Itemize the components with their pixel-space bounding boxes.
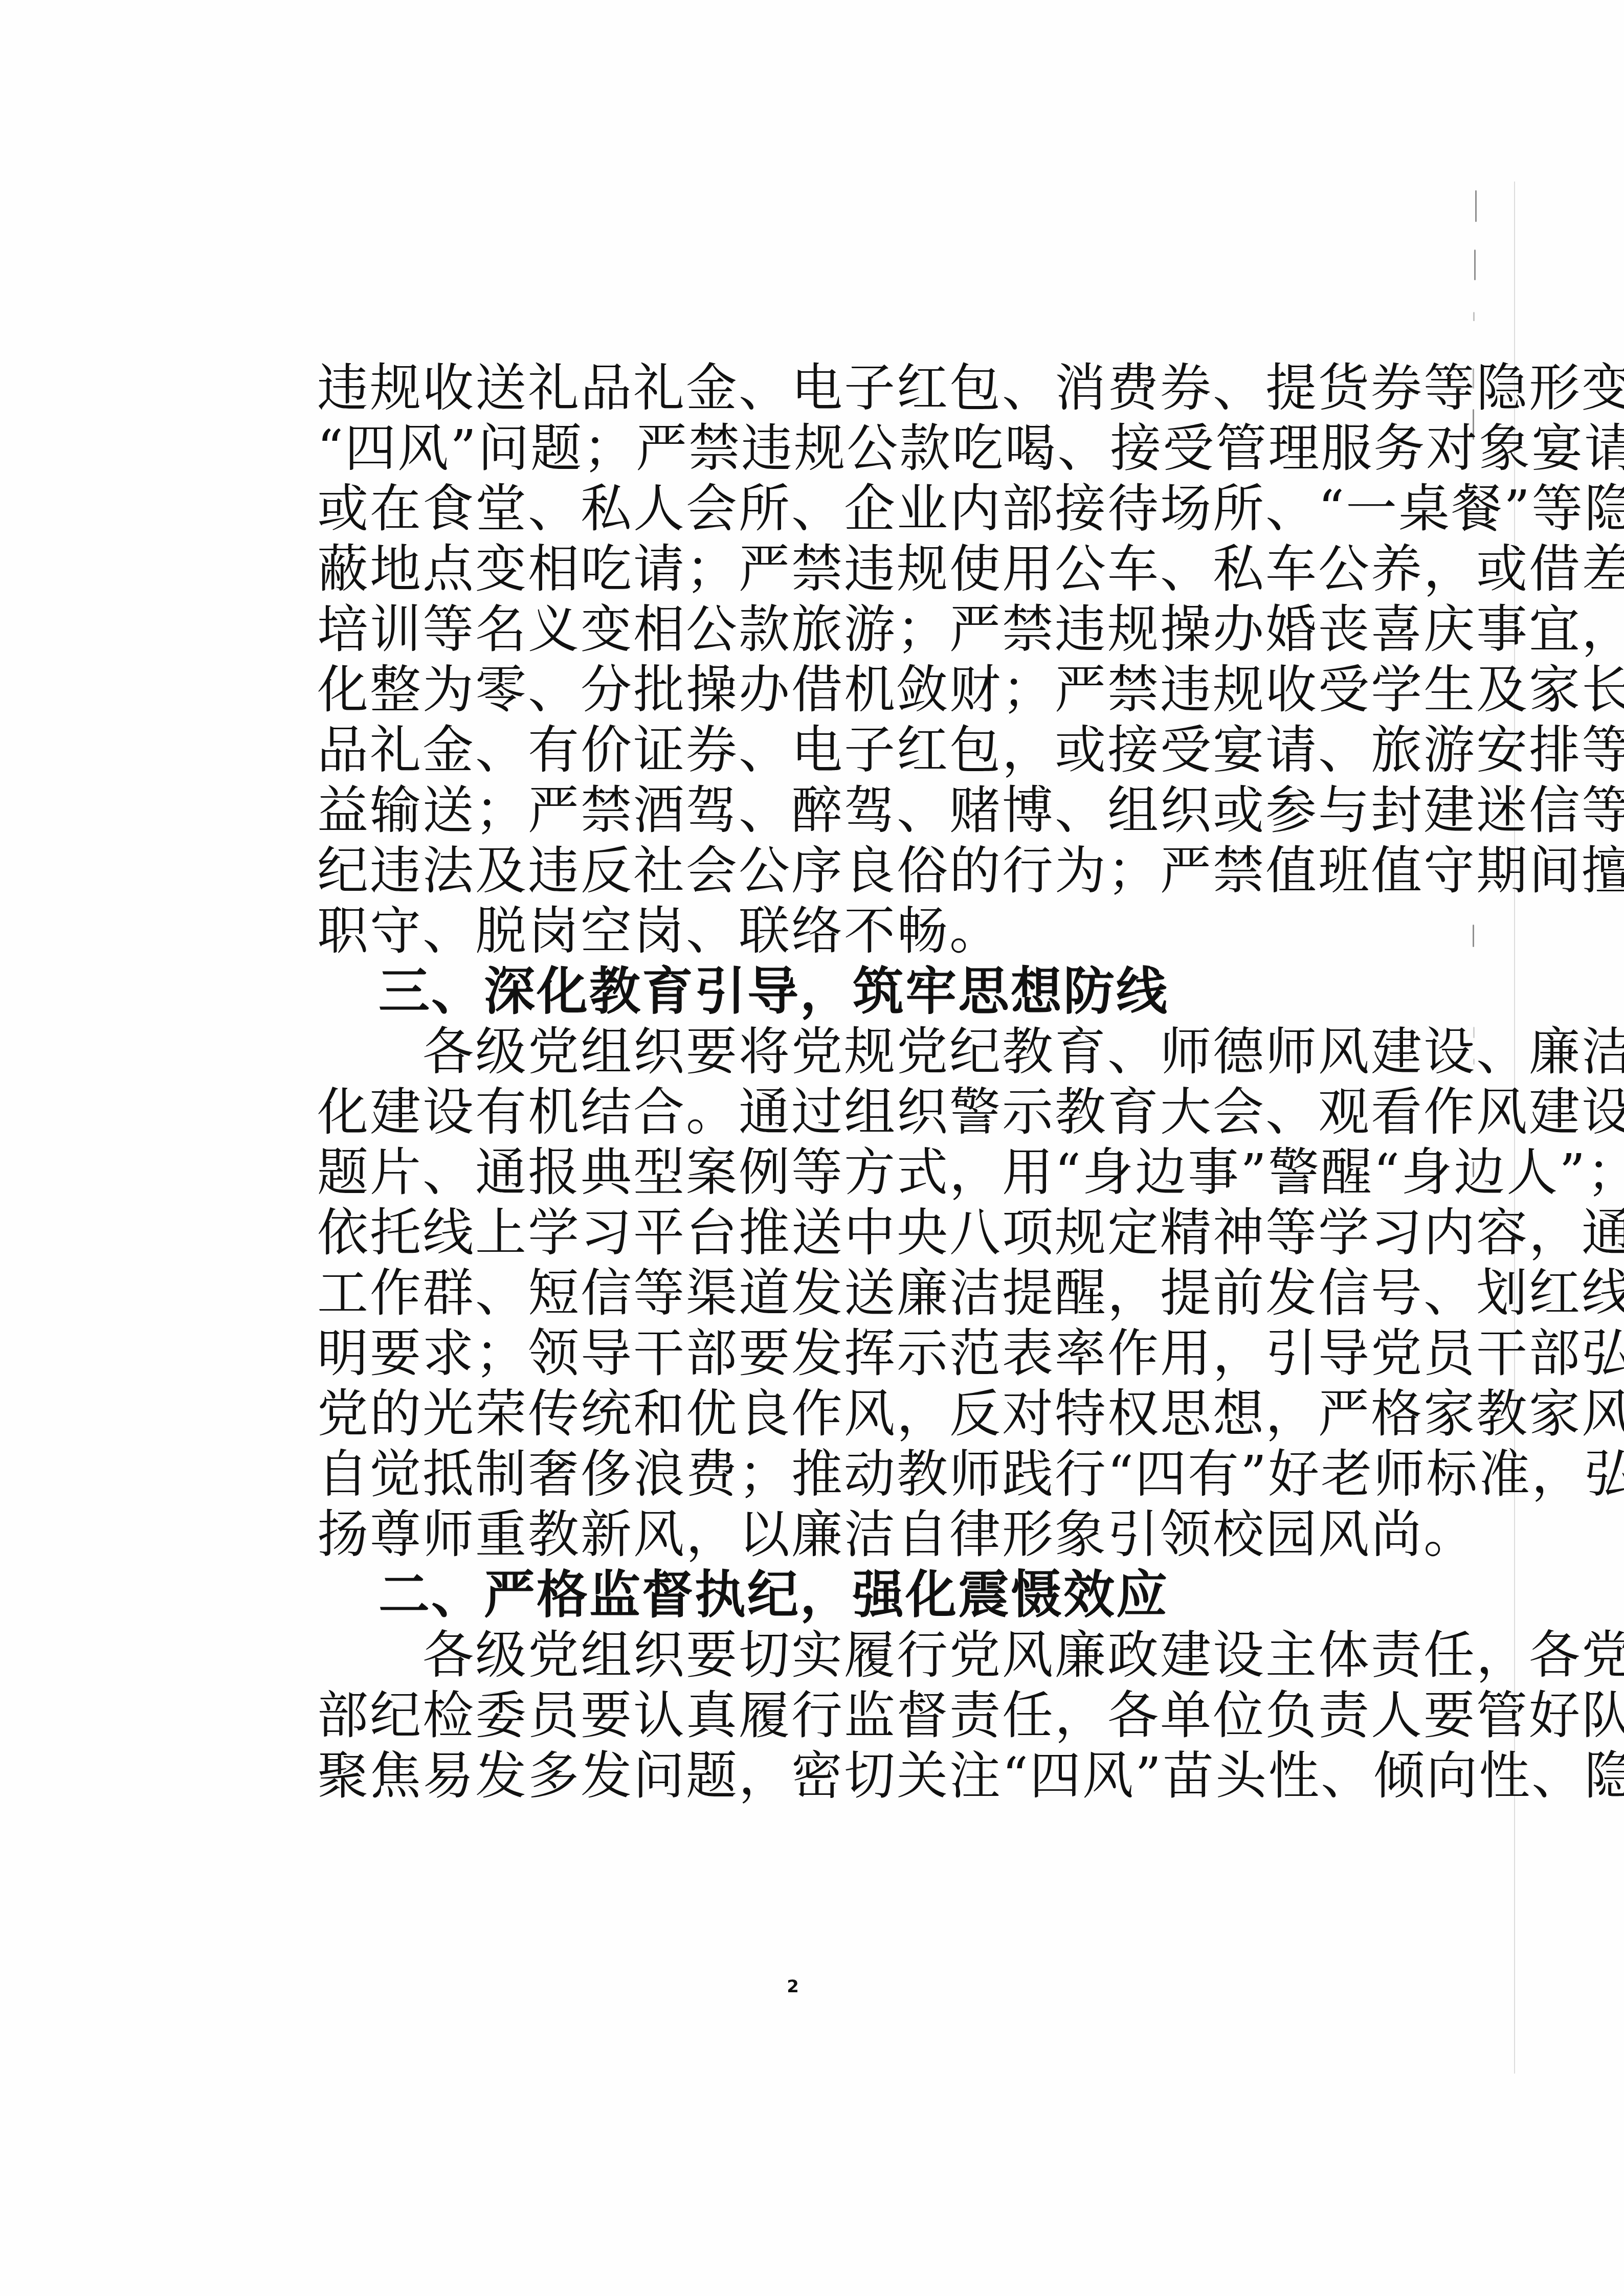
body-line: 或在食堂、私人会所、企业内部接待场所、“一桌餐”等隐 bbox=[317, 479, 1274, 539]
body-line: 题片、通报典型案例等方式，用“身边事”警醒“身边人”； bbox=[317, 1142, 1274, 1203]
scan-artifact-mark bbox=[1473, 312, 1475, 321]
page-number: 2 bbox=[783, 1976, 803, 1997]
body-line: 扬尊师重教新风，以廉洁自律形象引领校园风尚。 bbox=[317, 1504, 1274, 1565]
body-line: 培训等名义变相公款旅游；严禁违规操办婚丧喜庆事宜，或 bbox=[317, 599, 1274, 660]
scan-artifact-mark bbox=[1474, 250, 1476, 280]
body-line: 依托线上学习平台推送中央八项规定精神等学习内容，通过 bbox=[317, 1203, 1274, 1263]
body-line: 自觉抵制奢侈浪费；推动教师践行“四有”好老师标准，弘 bbox=[317, 1444, 1274, 1504]
section-heading-2: 二、严格监督执纪，强化震慑效应 bbox=[317, 1565, 1274, 1625]
body-line: 聚焦易发多发问题，密切关注“四风”苗头性、倾向性、隐 bbox=[317, 1746, 1274, 1806]
scan-artifact-mark bbox=[1473, 925, 1474, 947]
section-heading-3: 三、深化教育引导，筑牢思想防线 bbox=[317, 961, 1274, 1022]
paragraph-first-line: 各级党组织要切实履行党风廉政建设主体责任，各党支 bbox=[317, 1625, 1274, 1685]
document-body: 违规收送礼品礼金、电子红包、消费券、提货券等隐形变异 “四风”问题；严禁违规公款… bbox=[317, 358, 1274, 1806]
body-line: 纪违法及违反社会公序良俗的行为；严禁值班值守期间擅离 bbox=[317, 841, 1274, 901]
body-line: 党的光荣传统和优良作风，反对特权思想，严格家教家风， bbox=[317, 1384, 1274, 1444]
body-line: 违规收送礼品礼金、电子红包、消费券、提货券等隐形变异 bbox=[317, 358, 1274, 418]
body-line: 蔽地点变相吃请；严禁违规使用公车、私车公养，或借差旅、 bbox=[317, 539, 1274, 599]
document-page: 违规收送礼品礼金、电子红包、消费券、提货券等隐形变异 “四风”问题；严禁违规公款… bbox=[0, 0, 1624, 2296]
body-line: 化整为零、分批操办借机敛财；严禁违规收受学生及家长礼 bbox=[317, 660, 1274, 720]
scan-artifact-mark bbox=[1475, 190, 1477, 222]
body-line: 工作群、短信等渠道发送廉洁提醒，提前发信号、划红线、 bbox=[317, 1263, 1274, 1323]
body-line: 职守、脱岗空岗、联络不畅。 bbox=[317, 901, 1274, 961]
body-line: 益输送；严禁酒驾、醉驾、赌博、组织或参与封建迷信等违 bbox=[317, 780, 1274, 841]
body-line: “四风”问题；严禁违规公款吃喝、接受管理服务对象宴请， bbox=[317, 418, 1274, 479]
body-line: 化建设有机结合。通过组织警示教育大会、观看作风建设专 bbox=[317, 1082, 1274, 1142]
body-line: 明要求；领导干部要发挥示范表率作用，引导党员干部弘扬 bbox=[317, 1323, 1274, 1384]
body-line: 部纪检委员要认真履行监督责任，各单位负责人要管好队伍， bbox=[317, 1685, 1274, 1746]
paragraph-first-line: 各级党组织要将党规党纪教育、师德师风建设、廉洁文 bbox=[317, 1022, 1274, 1082]
body-line: 品礼金、有价证券、电子红包，或接受宴请、旅游安排等利 bbox=[317, 720, 1274, 780]
